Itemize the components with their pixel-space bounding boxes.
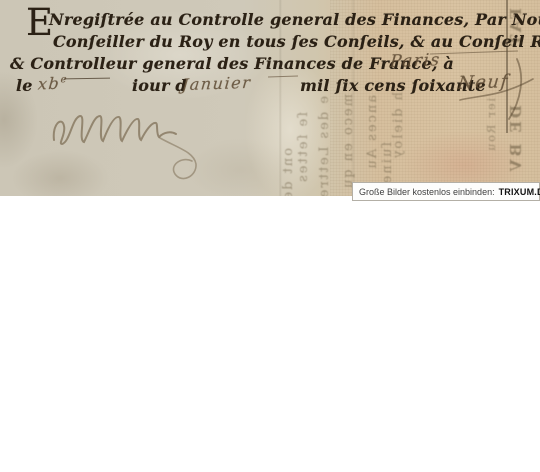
bleedthrough-text: ſe ſettes bbox=[296, 112, 311, 184]
page: E Nregiſtrée au Controlle general des Fi… bbox=[0, 0, 540, 472]
bleedthrough-text: h dieloy bbox=[391, 92, 406, 160]
bleedthrough-text: meco en qu bbox=[341, 94, 356, 190]
signature-flourish bbox=[40, 104, 225, 189]
printed-line-3: & Controlleur general des Finances de Fr… bbox=[10, 54, 454, 73]
bleedthrough-text: ont de bbox=[281, 148, 296, 196]
printed-line-1: Nregiſtrée au Controlle general des Fina… bbox=[49, 10, 540, 29]
banner-brand: TRIXUM.DE bbox=[499, 187, 540, 197]
handwritten-day-superscript: e bbox=[60, 74, 68, 85]
bleedthrough-text: ances Au bbox=[365, 95, 380, 171]
printed-iour-d: iour d bbox=[132, 76, 187, 95]
city-flourish-line bbox=[430, 50, 518, 54]
handwritten-day-number: xb bbox=[37, 74, 61, 94]
printed-line-2: Conſeiller du Roy en tous ſes Conſeils, … bbox=[53, 32, 540, 51]
banner-text: Große Bilder kostenlos einbinden: bbox=[359, 187, 495, 197]
handwritten-year: Neuf bbox=[457, 71, 510, 94]
handwritten-day: xbe bbox=[37, 73, 68, 93]
printed-le: le bbox=[16, 76, 33, 95]
document-photo: E Nregiſtrée au Controlle general des Fi… bbox=[0, 0, 540, 196]
blank-underline bbox=[64, 78, 110, 80]
handwritten-month: Januier bbox=[181, 73, 252, 94]
watermark-banner: Große Bilder kostenlos einbinden: TRIXUM… bbox=[352, 182, 540, 201]
bleedthrough-text: e des Lettres bbox=[317, 96, 332, 196]
handwritten-dash bbox=[268, 75, 298, 77]
